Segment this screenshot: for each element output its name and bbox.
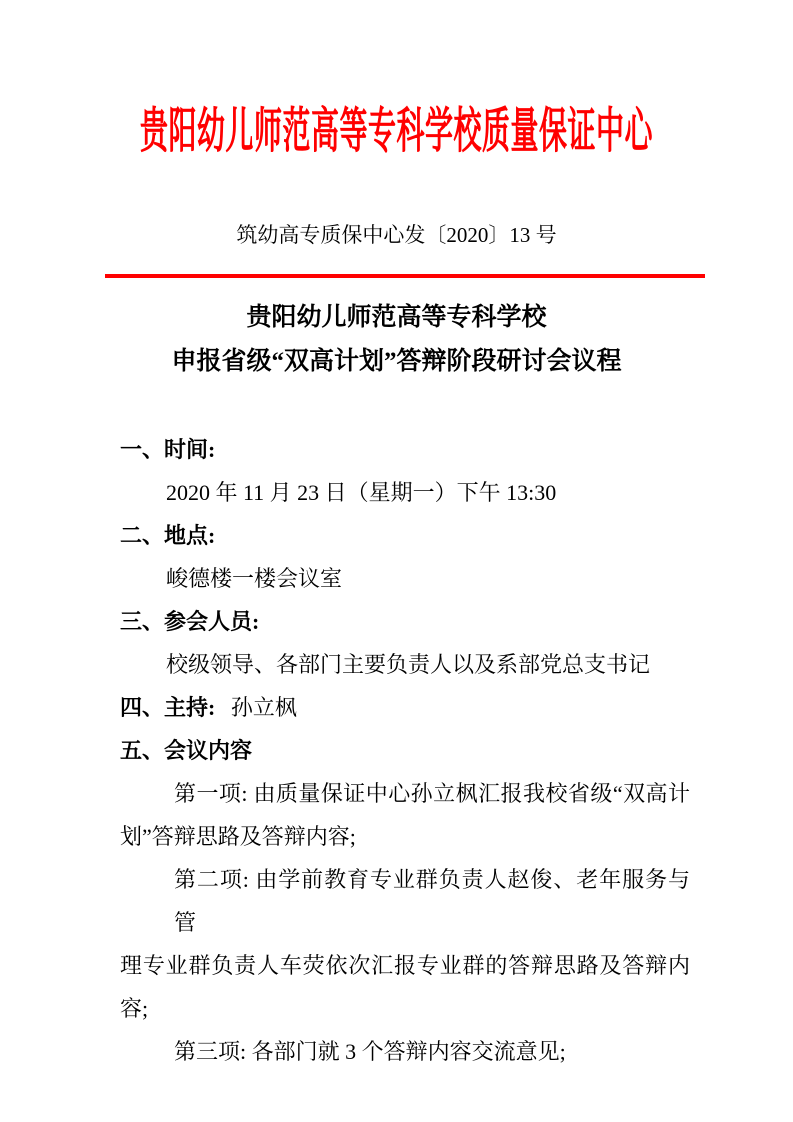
agenda-item-2-line-1: 第二项: 由学前教育专业群负责人赵俊、老年服务与管 bbox=[174, 858, 690, 944]
agenda-item-2-line-3: 容; bbox=[120, 987, 705, 1030]
letterhead-rule bbox=[105, 274, 705, 278]
agenda-item-2-line-2: 理专业群负责人车荧依次汇报专业群的答辩思路及答辩内 bbox=[120, 944, 690, 987]
section-label-host: 四、主持: bbox=[120, 695, 215, 720]
agenda-item-1-line-2: 划”答辩思路及答辩内容; bbox=[120, 815, 705, 858]
section-label-attendees: 三、参会人员: bbox=[120, 600, 705, 643]
letterhead-title: 贵阳幼儿师范高等专科学校质量保证中心 bbox=[0, 93, 793, 172]
meeting-title-line2: 申报省级“双高计划”答辩阶段研讨会议程 bbox=[0, 344, 793, 380]
host-name: 孙立枫 bbox=[231, 695, 297, 720]
location-value: 峻德楼一楼会议室 bbox=[166, 557, 705, 600]
document-page: 贵阳幼儿师范高等专科学校质量保证中心 筑幼高专质保中心发〔2020〕13 号 贵… bbox=[0, 0, 793, 1122]
agenda-item-1-line-1: 第一项: 由质量保证中心孙立枫汇报我校省级“双高计 bbox=[174, 772, 690, 815]
attendees-value: 校级领导、各部门主要负责人以及系部党总支书记 bbox=[166, 643, 705, 686]
section-label-location: 二、地点: bbox=[120, 514, 705, 557]
document-number: 筑幼高专质保中心发〔2020〕13 号 bbox=[0, 222, 793, 248]
section-label-content: 五、会议内容 bbox=[120, 729, 705, 772]
time-value: 2020 年 11 月 23 日（星期一）下午 13:30 bbox=[166, 471, 705, 514]
section-label-time: 一、时间: bbox=[120, 428, 705, 471]
meeting-title-line1: 贵阳幼儿师范高等专科学校 bbox=[0, 300, 793, 336]
agenda-body: 一、时间: 2020 年 11 月 23 日（星期一）下午 13:30 二、地点… bbox=[105, 428, 705, 1073]
agenda-item-3-line-1: 第三项: 各部门就 3 个答辩内容交流意见; bbox=[174, 1030, 705, 1073]
section-host: 四、主持: 孙立枫 bbox=[120, 686, 705, 729]
